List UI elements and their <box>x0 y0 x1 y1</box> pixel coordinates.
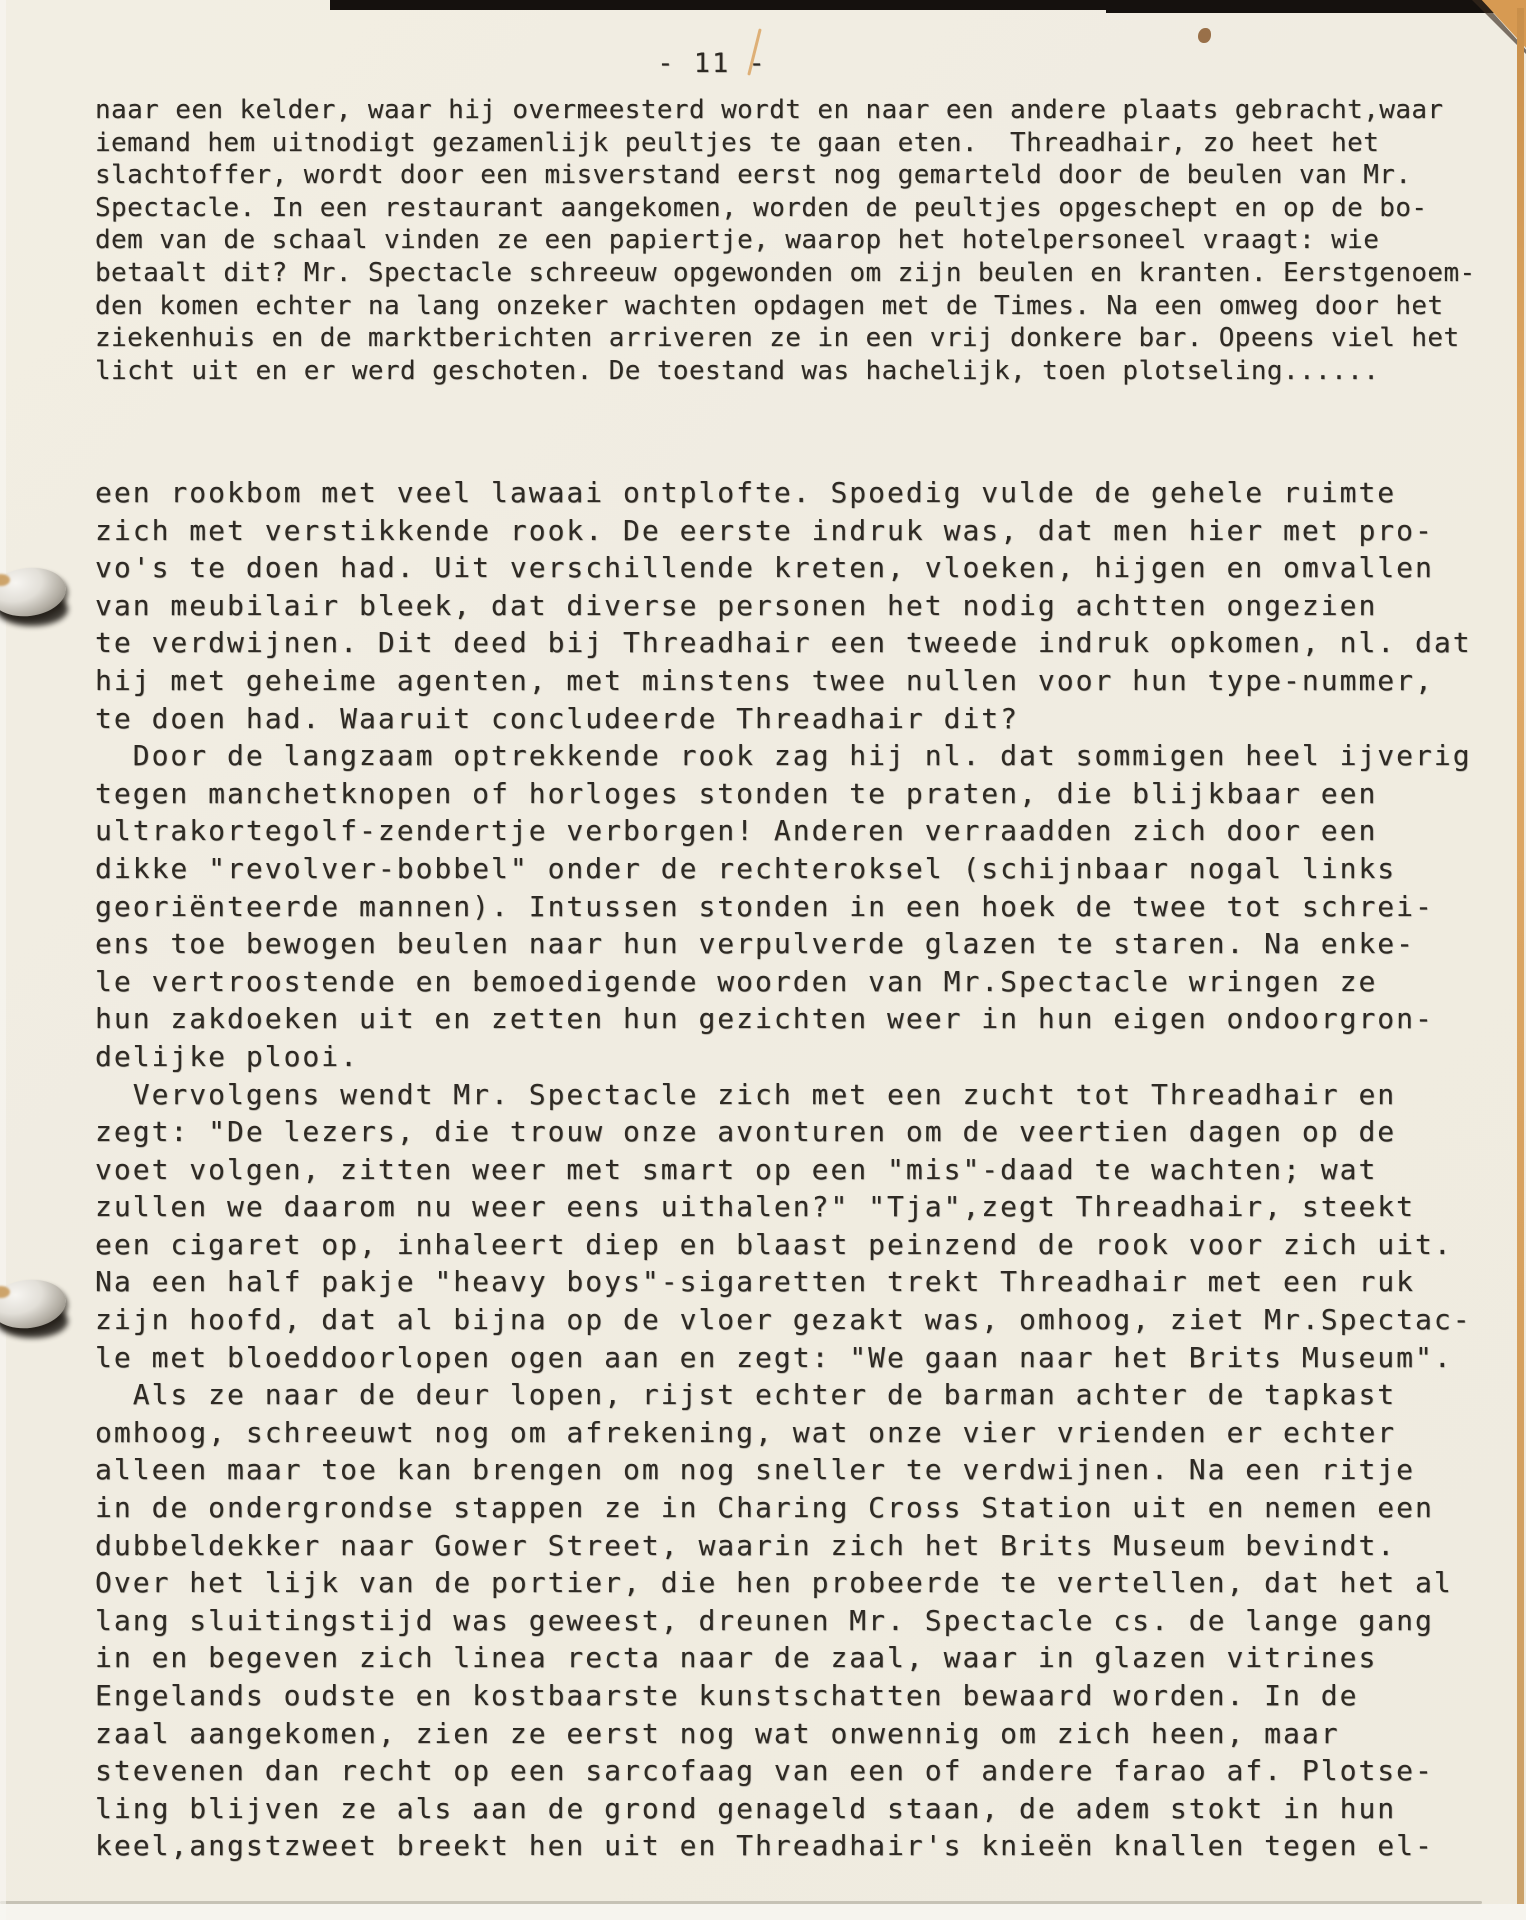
text-line: dikke "revolver-bobbel" onder de rechter… <box>95 850 1472 888</box>
text-line: zullen we daarom nu weer eens uithalen?"… <box>95 1188 1472 1226</box>
text-line: te verdwijnen. Dit deed bij Threadhair e… <box>95 624 1472 662</box>
paragraph-2: een rookbom met veel lawaai ontplofte. S… <box>95 474 1472 737</box>
text-line: Na een half pakje "heavy boys"-sigarette… <box>95 1263 1472 1301</box>
text-line: dem van de schaal vinden ze een papiertj… <box>95 224 1476 257</box>
document-page: - 11 - naar een kelder, waar hij overmee… <box>0 0 1526 1920</box>
scan-bottom-strip <box>0 1904 1526 1920</box>
text-line: keel,angstzweet breekt hen uit en Thread… <box>95 1827 1472 1865</box>
text-line: lang sluitingstijd was geweest, dreunen … <box>95 1602 1472 1640</box>
text-line: een cigaret op, inhaleert diep en blaast… <box>95 1226 1472 1264</box>
text-line: in en begeven zich linea recta naar de z… <box>95 1639 1472 1677</box>
text-line: te doen had. Waaruit concludeerde Thread… <box>95 700 1472 738</box>
page-number: - 11 - <box>0 48 1424 79</box>
paper-speck <box>1198 28 1211 43</box>
text-line: den komen echter na lang onzeker wachten… <box>95 290 1476 323</box>
text-line: delijke plooi. <box>95 1038 1472 1076</box>
text-line: ultrakortegolf-zendertje verborgen! Ande… <box>95 812 1472 850</box>
text-line: betaalt dit? Mr. Spectacle schreeuw opge… <box>95 257 1476 290</box>
text-line: een rookbom met veel lawaai ontplofte. S… <box>95 474 1472 512</box>
paragraph-3: Door de langzaam optrekkende rook zag hi… <box>95 737 1472 1075</box>
text-body: een rookbom met veel lawaai ontplofte. S… <box>95 474 1472 1865</box>
scan-top-border-thick <box>1106 0 1526 13</box>
paragraph-5: Als ze naar de deur lopen, rijst echter … <box>95 1376 1472 1865</box>
text-line: ziekenhuis en de marktberichten arrivere… <box>95 322 1476 355</box>
text-line: ens toe bewogen beulen naar hun verpulve… <box>95 925 1472 963</box>
text-line: alleen maar toe kan brengen om nog snell… <box>95 1451 1472 1489</box>
text-line: Over het lijk van de portier, die hen pr… <box>95 1564 1472 1602</box>
scan-left-strip <box>0 0 6 1920</box>
text-line: omhoog, schreeuwt nog om afrekening, wat… <box>95 1414 1472 1452</box>
text-line: iemand hem uitnodigt gezamenlijk peultje… <box>95 127 1476 160</box>
text-line: Door de langzaam optrekkende rook zag hi… <box>95 737 1472 775</box>
text-line: Als ze naar de deur lopen, rijst echter … <box>95 1376 1472 1414</box>
paragraph-1: naar een kelder, waar hij overmeesterd w… <box>95 94 1476 387</box>
text-line: hun zakdoeken uit en zetten hun gezichte… <box>95 1000 1472 1038</box>
text-line: dubbeldekker naar Gower Street, waarin z… <box>95 1527 1472 1565</box>
paragraph-1: naar een kelder, waar hij overmeesterd w… <box>95 94 1476 387</box>
text-line: le met bloeddoorlopen ogen aan en zegt: … <box>95 1339 1472 1377</box>
text-line: zegt: "De lezers, die trouw onze avontur… <box>95 1113 1472 1151</box>
text-line: in de ondergrondse stappen ze in Charing… <box>95 1489 1472 1527</box>
text-line: stevenen dan recht op een sarcofaag van … <box>95 1752 1472 1790</box>
text-line: voet volgen, zitten weer met smart op ee… <box>95 1151 1472 1189</box>
text-line: licht uit en er werd geschoten. De toest… <box>95 355 1476 388</box>
text-line: hij met geheime agenten, met minstens tw… <box>95 662 1472 700</box>
text-line: vo's te doen had. Uit verschillende kret… <box>95 549 1472 587</box>
text-line: slachtoffer, wordt door een misverstand … <box>95 159 1476 192</box>
text-line: Engelands oudste en kostbaarste kunstsch… <box>95 1677 1472 1715</box>
text-line: Spectacle. In een restaurant aangekomen,… <box>95 192 1476 225</box>
text-line: tegen manchetknopen of horloges stonden … <box>95 775 1472 813</box>
page-right-edge <box>1517 8 1524 1904</box>
page-bottom-edge <box>0 1901 1482 1904</box>
binder-ring-top <box>0 566 76 630</box>
text-line: van meubilair bleek, dat diverse persone… <box>95 587 1472 625</box>
paragraph-4: Vervolgens wendt Mr. Spectacle zich met … <box>95 1076 1472 1377</box>
text-line: le vertroostende en bemoedigende woorden… <box>95 963 1472 1001</box>
text-line: Vervolgens wendt Mr. Spectacle zich met … <box>95 1076 1472 1114</box>
text-line: zaal aangekomen, zien ze eerst nog wat o… <box>95 1715 1472 1753</box>
binder-ring-bottom <box>0 1278 76 1342</box>
text-line: zijn hoofd, dat al bijna op de vloer gez… <box>95 1301 1472 1339</box>
text-line: zich met verstikkende rook. De eerste in… <box>95 512 1472 550</box>
text-line: naar een kelder, waar hij overmeesterd w… <box>95 94 1476 127</box>
text-line: ling blijven ze als aan de grond genagel… <box>95 1790 1472 1828</box>
text-line: georiënteerde mannen). Intussen stonden … <box>95 888 1472 926</box>
